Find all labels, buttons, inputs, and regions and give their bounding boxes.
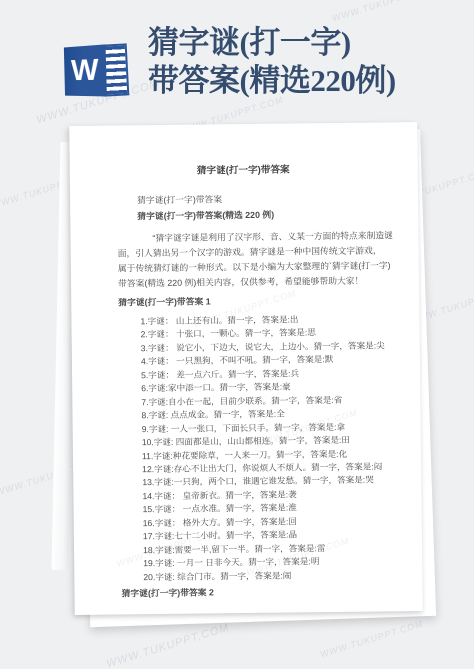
intro-line: 带答案(精选 220 例)相关内容，仅供参考，希望能够帮助大家！ bbox=[118, 274, 371, 292]
document-page: 猜字谜(打一字)带答案 猜字谜(打一字)带答案 猜字谜(打一字)带答案(精选 2… bbox=[69, 122, 423, 615]
section-2-heading: 猜字谜(打一字)带答案 2 bbox=[121, 585, 374, 601]
word-w-panel: W bbox=[64, 44, 107, 96]
word-letter: W bbox=[71, 55, 99, 86]
riddle-item: 13.字谜:一只狗，两个口，谁遇它谁发愁。猜一字，答案是:哭 bbox=[142, 474, 373, 490]
riddle-item: 7.字谜:自小在一起，目前少联系。猜一字，答案是:省 bbox=[141, 393, 372, 409]
doc-subtitle: 猜字谜(打一字)带答案 bbox=[137, 191, 370, 208]
preview-title-line2: 带答案(精选220例) bbox=[148, 62, 468, 100]
watermark: WWW.TUKUPPT.COM bbox=[319, 619, 425, 660]
preview-title: 猜字谜(打一字) 带答案(精选220例) bbox=[148, 24, 468, 100]
watermark: WWW.TUKUPPT.COM bbox=[105, 622, 231, 669]
watermark: WWW.TUKUPPT.COM bbox=[331, 0, 437, 23]
doc-intro-paragraph: “猜字谜字谜是利用了汉字形、音、义某一方面的特点来制造谜 面，引人猜出另一个汉字… bbox=[117, 229, 371, 292]
preview-title-line1: 猜字谜(打一字) bbox=[148, 24, 468, 62]
section-1-heading: 猜字谜(打一字)带答案 1 bbox=[118, 294, 371, 310]
document-preview-canvas: WWW.TUKUPPT.COM WWW.TUKUPPT.COM WWW.TUKU… bbox=[0, 0, 474, 669]
doc-title: 猜字谜(打一字)带答案 bbox=[117, 161, 370, 178]
word-icon: W bbox=[62, 39, 126, 101]
doc-subtitle-bold: 猜字谜(打一字)带答案(精选 220 例) bbox=[137, 207, 370, 224]
document-page-content: 猜字谜(打一字)带答案 猜字谜(打一字)带答案 猜字谜(打一字)带答案(精选 2… bbox=[69, 122, 423, 615]
riddle-item: 20.字谜: 综合门市。猜一字，答案是:闹 bbox=[143, 568, 374, 584]
riddle-list: 1.字谜： 山上还有山。猜一字，答案是:出 2.字谜： 十张口，一颗心。猜一字，… bbox=[140, 313, 374, 585]
